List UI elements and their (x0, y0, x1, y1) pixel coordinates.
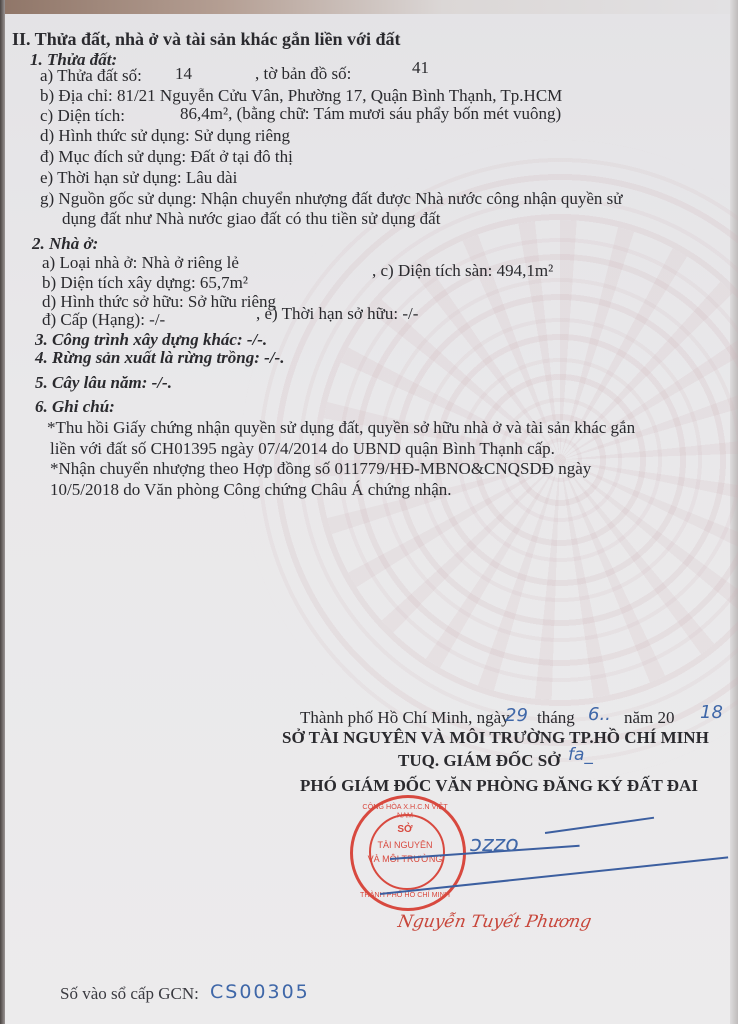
land-origin-line1: g) Nguồn gốc sử dụng: Nhận chuyển nhượng… (40, 189, 622, 209)
seal-line1: SỞ (350, 824, 460, 835)
map-number: 41 (412, 58, 429, 78)
house-floor-area: , c) Diện tích sàn: 494,1m² (372, 261, 553, 281)
signer-name: Nguyễn Tuyết Phương (396, 912, 593, 932)
seal-line2: TÀI NGUYÊN (350, 840, 460, 850)
land-origin-line2: dụng đất như Nhà nước giao đất có thu ti… (62, 209, 440, 229)
initials-mark: fa_ (568, 745, 593, 765)
issue-month: 6.. (588, 705, 611, 725)
house-build-area: b) Diện tích xây dựng: 65,7m² (42, 273, 248, 293)
area-label: c) Diện tích: (40, 106, 125, 126)
house-type: a) Loại nhà ở: Nhà ở riêng lẻ (42, 253, 239, 273)
note-line: liền với đất số CH01395 ngày 07/4/2014 d… (50, 439, 555, 459)
parcel-number: 14 (175, 64, 192, 84)
seal-ring-text: CỘNG HÒA X.H.C.N VIỆT NAM (356, 803, 455, 819)
perennial-trees: 5. Cây lâu năm: -/-. (35, 373, 172, 393)
note-line: 10/5/2018 do Văn phòng Công chứng Châu Á… (50, 480, 452, 500)
issue-year: 18 (700, 703, 723, 723)
signer-title: PHÓ GIÁM ĐỐC VĂN PHÒNG ĐĂNG KÝ ĐẤT ĐAI (300, 776, 698, 796)
notes-heading: 6. Ghi chú: (35, 397, 115, 417)
production-forest: 4. Rừng sản xuất là rừng trồng: -/-. (35, 348, 284, 368)
signature-scribble: ɔzzo (470, 835, 519, 855)
parcel-label: a) Thửa đất số: (40, 66, 142, 86)
photo-edge-left (0, 0, 5, 1024)
photo-edge-top (0, 0, 738, 14)
other-works: 3. Công trình xây dựng khác: -/-. (35, 330, 267, 350)
year-label: năm 20 (624, 708, 675, 728)
house-ownership: d) Hình thức sở hữu: Sở hữu riêng (42, 292, 276, 312)
agency-name: SỞ TÀI NGUYÊN VÀ MÔI TRƯỜNG TP.HỒ CHÍ MI… (282, 728, 709, 748)
on-behalf: TUQ. GIÁM ĐỐC SỞ (398, 751, 560, 771)
section-title: II. Thửa đất, nhà ở và tài sản khác gắn … (12, 29, 401, 49)
issue-place: Thành phố Hồ Chí Minh, ngày (300, 708, 510, 728)
note-line: *Thu hồi Giấy chứng nhận quyền sử dụng đ… (47, 418, 635, 438)
land-address: b) Địa chỉ: 81/21 Nguyễn Cửu Vân, Phường… (40, 86, 562, 106)
land-use-form: d) Hình thức sử dụng: Sử dụng riêng (40, 126, 290, 146)
registry-label: Số vào sổ cấp GCN: (60, 984, 199, 1004)
house-grade: đ) Cấp (Hạng): -/- (42, 310, 165, 330)
house-owner-term: , e) Thời hạn sở hữu: -/- (256, 304, 418, 324)
signature-stroke (545, 817, 654, 834)
land-use-purpose: đ) Mục đích sử dụng: Đất ở tại đô thị (40, 147, 293, 167)
map-label: , tờ bản đồ số: (255, 64, 351, 84)
house-heading: 2. Nhà ở: (32, 234, 98, 254)
registry-number: CS00305 (210, 982, 310, 1002)
note-line: *Nhận chuyển nhượng theo Hợp đồng số 011… (50, 459, 591, 479)
month-label: tháng (537, 708, 575, 728)
issue-day: 29 (505, 706, 528, 726)
area-value: 86,4m², (bằng chữ: Tám mươi sáu phẩy bốn… (180, 104, 561, 124)
certificate-page: II. Thửa đất, nhà ở và tài sản khác gắn … (0, 0, 738, 1024)
land-use-term: e) Thời hạn sử dụng: Lâu dài (40, 168, 237, 188)
